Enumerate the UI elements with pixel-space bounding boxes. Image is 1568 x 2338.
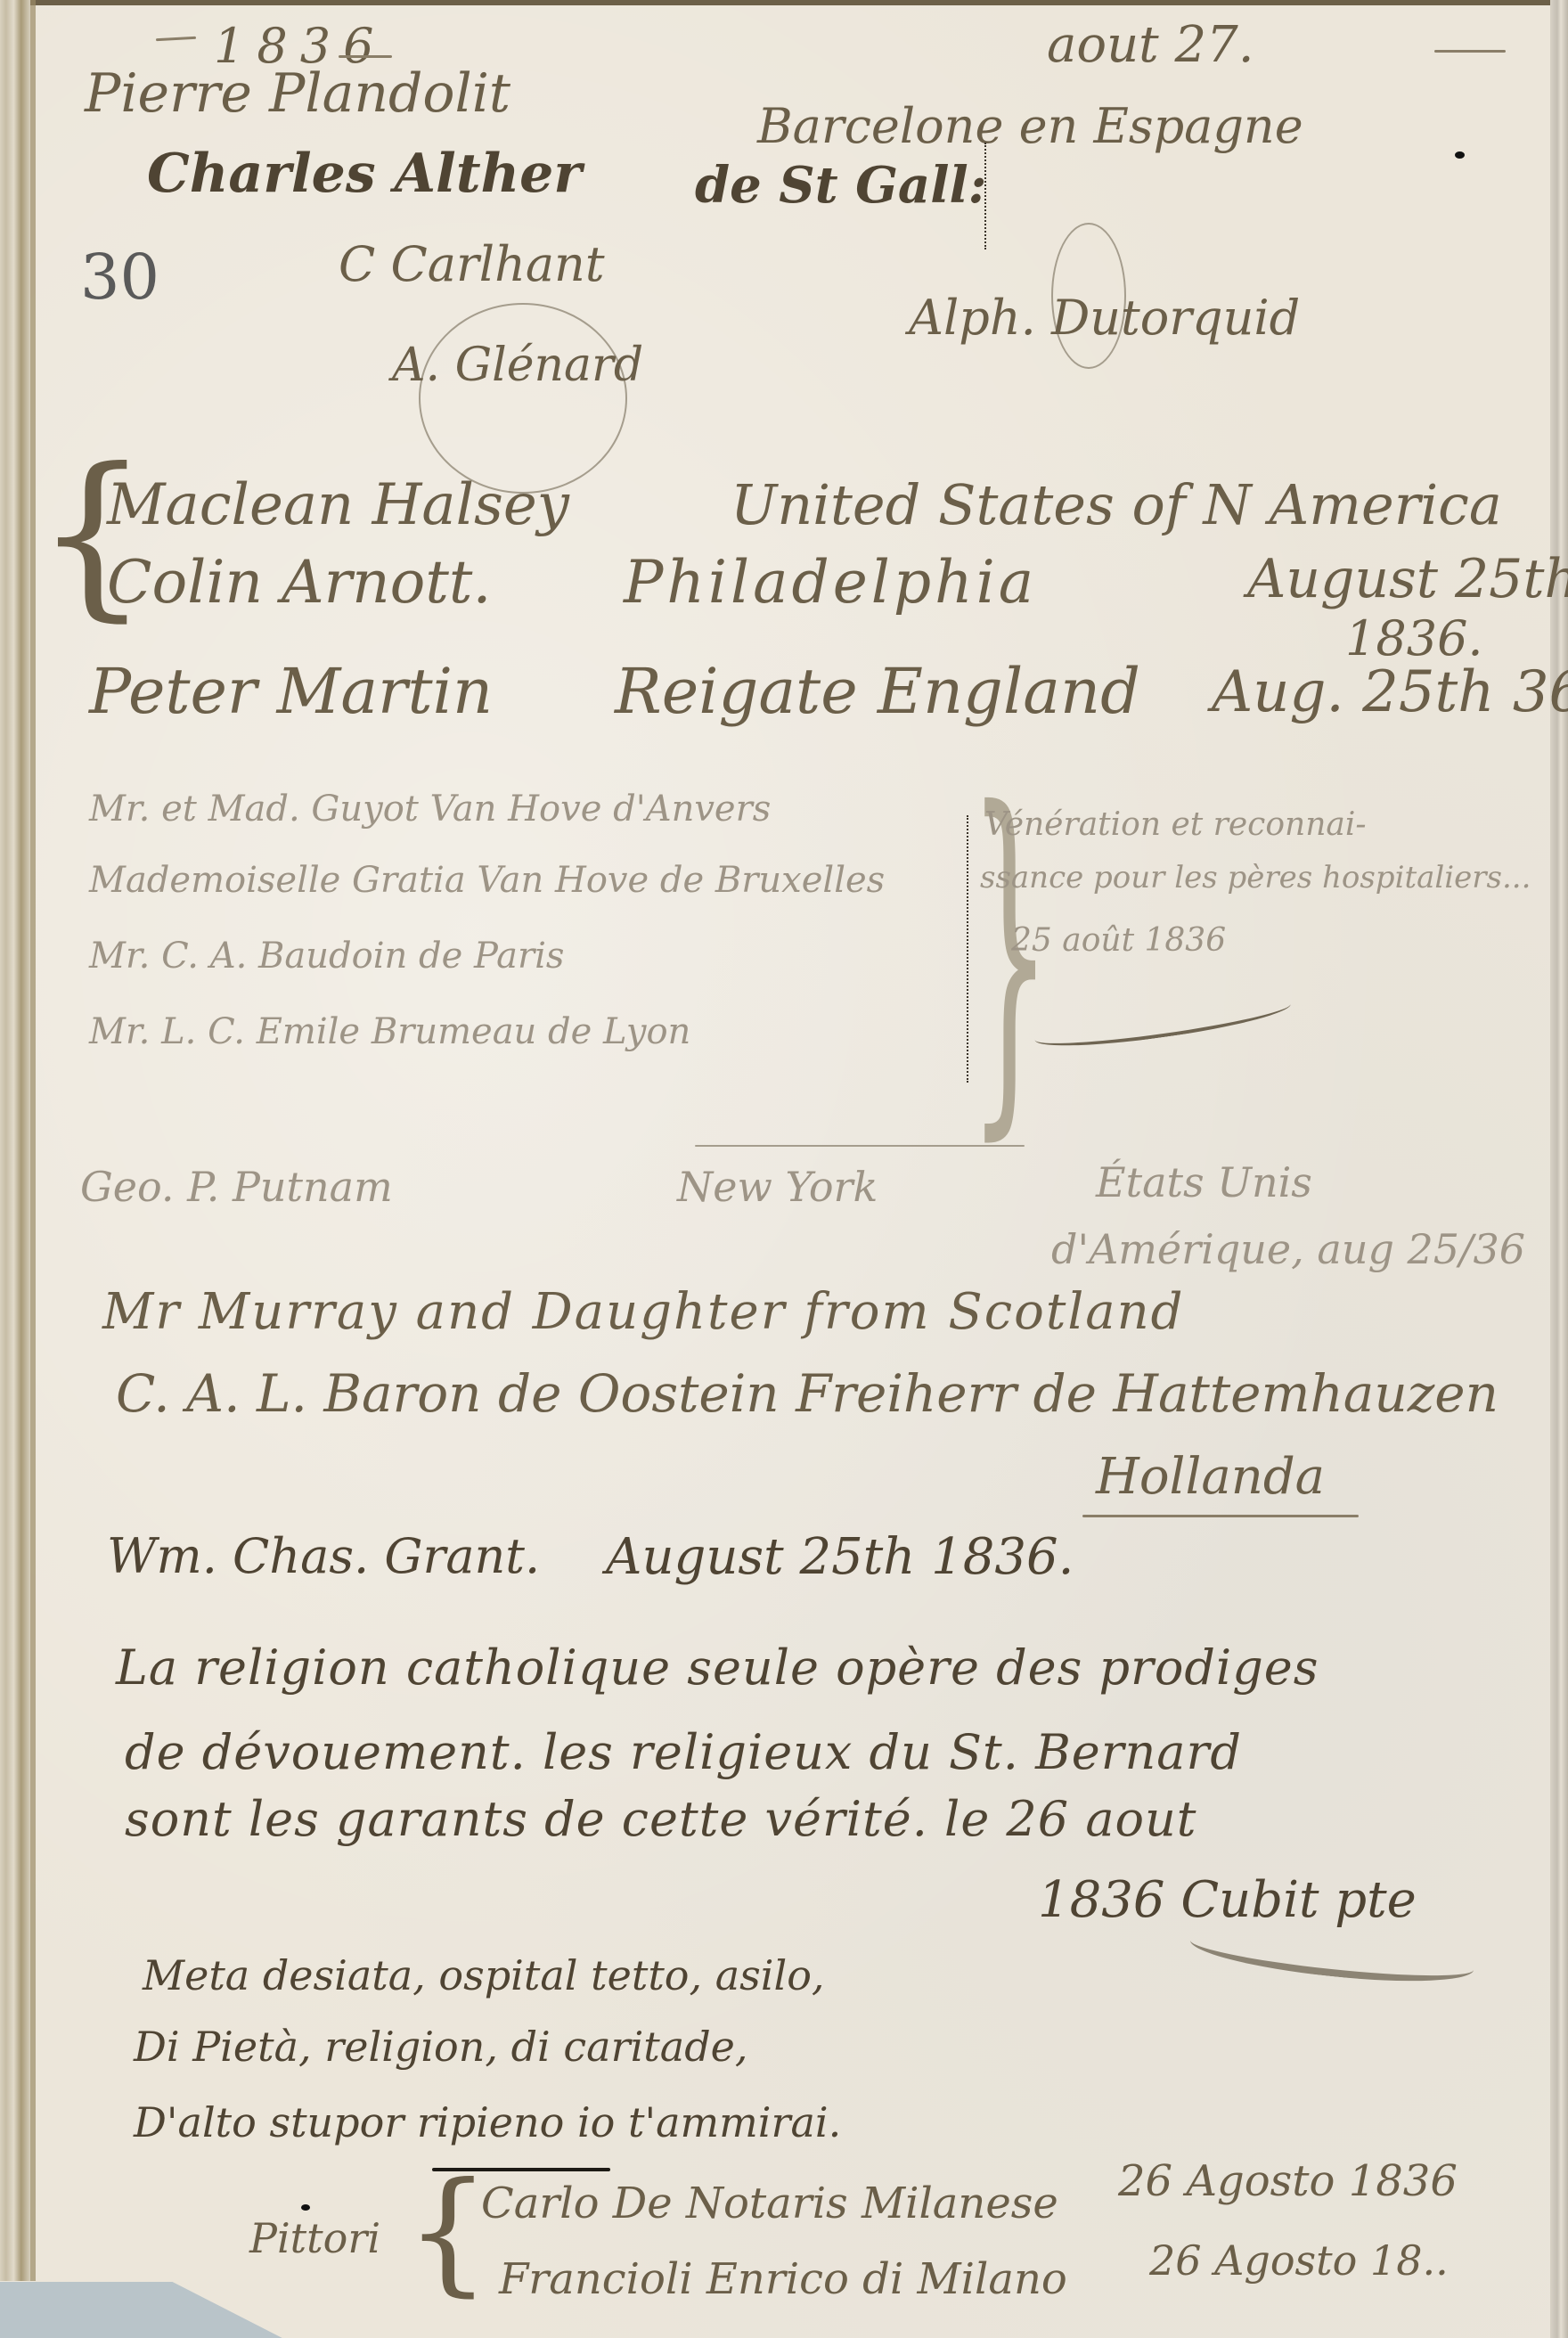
entry-plandolit-origin: Barcelone en Espagne bbox=[757, 98, 1303, 154]
header-date: aout 27. bbox=[1047, 16, 1254, 74]
veneration-line-1: Vénération et reconnai- bbox=[984, 806, 1367, 843]
veneration-line-2: ssance pour les pères hospitaliers... bbox=[980, 860, 1531, 895]
entry-oostein-country: Hollanda bbox=[1096, 1448, 1325, 1506]
italian-verse-line-1: Meta desiata, ospital tetto, asilo, bbox=[143, 1951, 825, 1999]
pittori-line-2-date: 26 Agosto 18.. bbox=[1149, 2236, 1449, 2285]
pittori-line-2-name: Francioli Enrico di Milano bbox=[499, 2254, 1067, 2304]
entry-arnott-year: 1836. bbox=[1345, 610, 1483, 666]
page-binding-edge bbox=[0, 0, 30, 2281]
entry-putnam-country-1: États Unis bbox=[1096, 1158, 1312, 1206]
italian-verse-line-2: Di Pietà, religion, di caritade, bbox=[134, 2023, 747, 2071]
entry-gratia: Mademoiselle Gratia Van Hove de Bruxelle… bbox=[89, 860, 885, 901]
separator-line bbox=[695, 1145, 1025, 1147]
page-number-pencil: 30 bbox=[80, 241, 159, 314]
french-passage-signature: 1836 Cubit pte bbox=[1038, 1871, 1417, 1929]
pittori-line-1-date: 26 Agosto 1836 bbox=[1118, 2156, 1458, 2206]
header-dash bbox=[1434, 50, 1506, 53]
page-right-edge bbox=[1550, 0, 1568, 2338]
entry-martin-name: Peter Martin bbox=[89, 655, 493, 728]
pin-hole-line bbox=[984, 143, 988, 249]
signature-flourish-oval bbox=[419, 303, 627, 494]
entry-grant-date: August 25th 1836. bbox=[606, 1528, 1074, 1586]
french-passage-line-1: La religion catholique seule opère des p… bbox=[116, 1639, 1319, 1696]
page-top-edge bbox=[0, 0, 1568, 5]
pittori-line-1-name: Carlo De Notaris Milanese bbox=[481, 2179, 1058, 2228]
ink-blot bbox=[1455, 151, 1465, 159]
entry-baudoin: Mr. C. A. Baudoin de Paris bbox=[89, 936, 564, 977]
entry-alther-name: Charles Alther bbox=[147, 143, 582, 205]
entry-guyot: Mr. et Mad. Guyot Van Hove d'Anvers bbox=[89, 789, 771, 830]
pin-hole-line bbox=[967, 815, 970, 1083]
entry-halsey-origin: United States of N America bbox=[731, 472, 1502, 537]
entry-putnam-country-2: d'Amérique, aug 25/36 bbox=[1051, 1225, 1525, 1273]
entry-martin-date: Aug. 25th 36 bbox=[1212, 659, 1568, 725]
entry-martin-origin: Reigate England bbox=[615, 655, 1140, 728]
entry-carlhant-name: C Carlhant bbox=[339, 236, 605, 292]
entry-putnam-origin: New York bbox=[677, 1163, 878, 1211]
entry-oostein: C. A. L. Baron de Oostein Freiherr de Ha… bbox=[116, 1363, 1499, 1424]
entry-grant-name: Wm. Chas. Grant. bbox=[107, 1528, 540, 1584]
veneration-date: 25 août 1836 bbox=[1011, 922, 1226, 959]
entry-arnott-date: August 25th bbox=[1247, 548, 1568, 610]
french-passage-line-2: de dévouement. les religieux du St. Bern… bbox=[125, 1724, 1242, 1780]
entry-arnott-name: Colin Arnott. bbox=[107, 548, 491, 617]
italian-verse-line-3: D'alto stupor ripieno io t'ammirai. bbox=[134, 2098, 841, 2146]
french-passage-line-3: sont les garants de cette vérité. le 26 … bbox=[125, 1791, 1197, 1847]
entry-murray: Mr Murray and Daughter from Scotland bbox=[102, 1283, 1185, 1341]
entry-arnott-origin: Philadelphia bbox=[624, 548, 1037, 617]
page-binding-shadow bbox=[30, 0, 36, 2281]
pittori-brace: { bbox=[405, 2165, 490, 2299]
underline bbox=[1082, 1515, 1359, 1517]
entry-dutorquid-name: Alph. Dutorquid bbox=[909, 290, 1300, 346]
header-dash bbox=[339, 55, 392, 58]
pittori-label: Pittori bbox=[249, 2214, 380, 2262]
entry-halsey-name: Maclean Halsey bbox=[107, 472, 569, 538]
entry-brumeau: Mr. L. C. Emile Brumeau de Lyon bbox=[89, 1011, 690, 1052]
entry-putnam-name: Geo. P. Putnam bbox=[80, 1163, 393, 1211]
entry-glenard-name: A. Glénard bbox=[392, 339, 643, 392]
entry-plandolit-name: Pierre Plandolit bbox=[85, 62, 510, 125]
entry-alther-origin: de St Gall: bbox=[695, 156, 986, 215]
ink-blot bbox=[301, 2204, 310, 2211]
